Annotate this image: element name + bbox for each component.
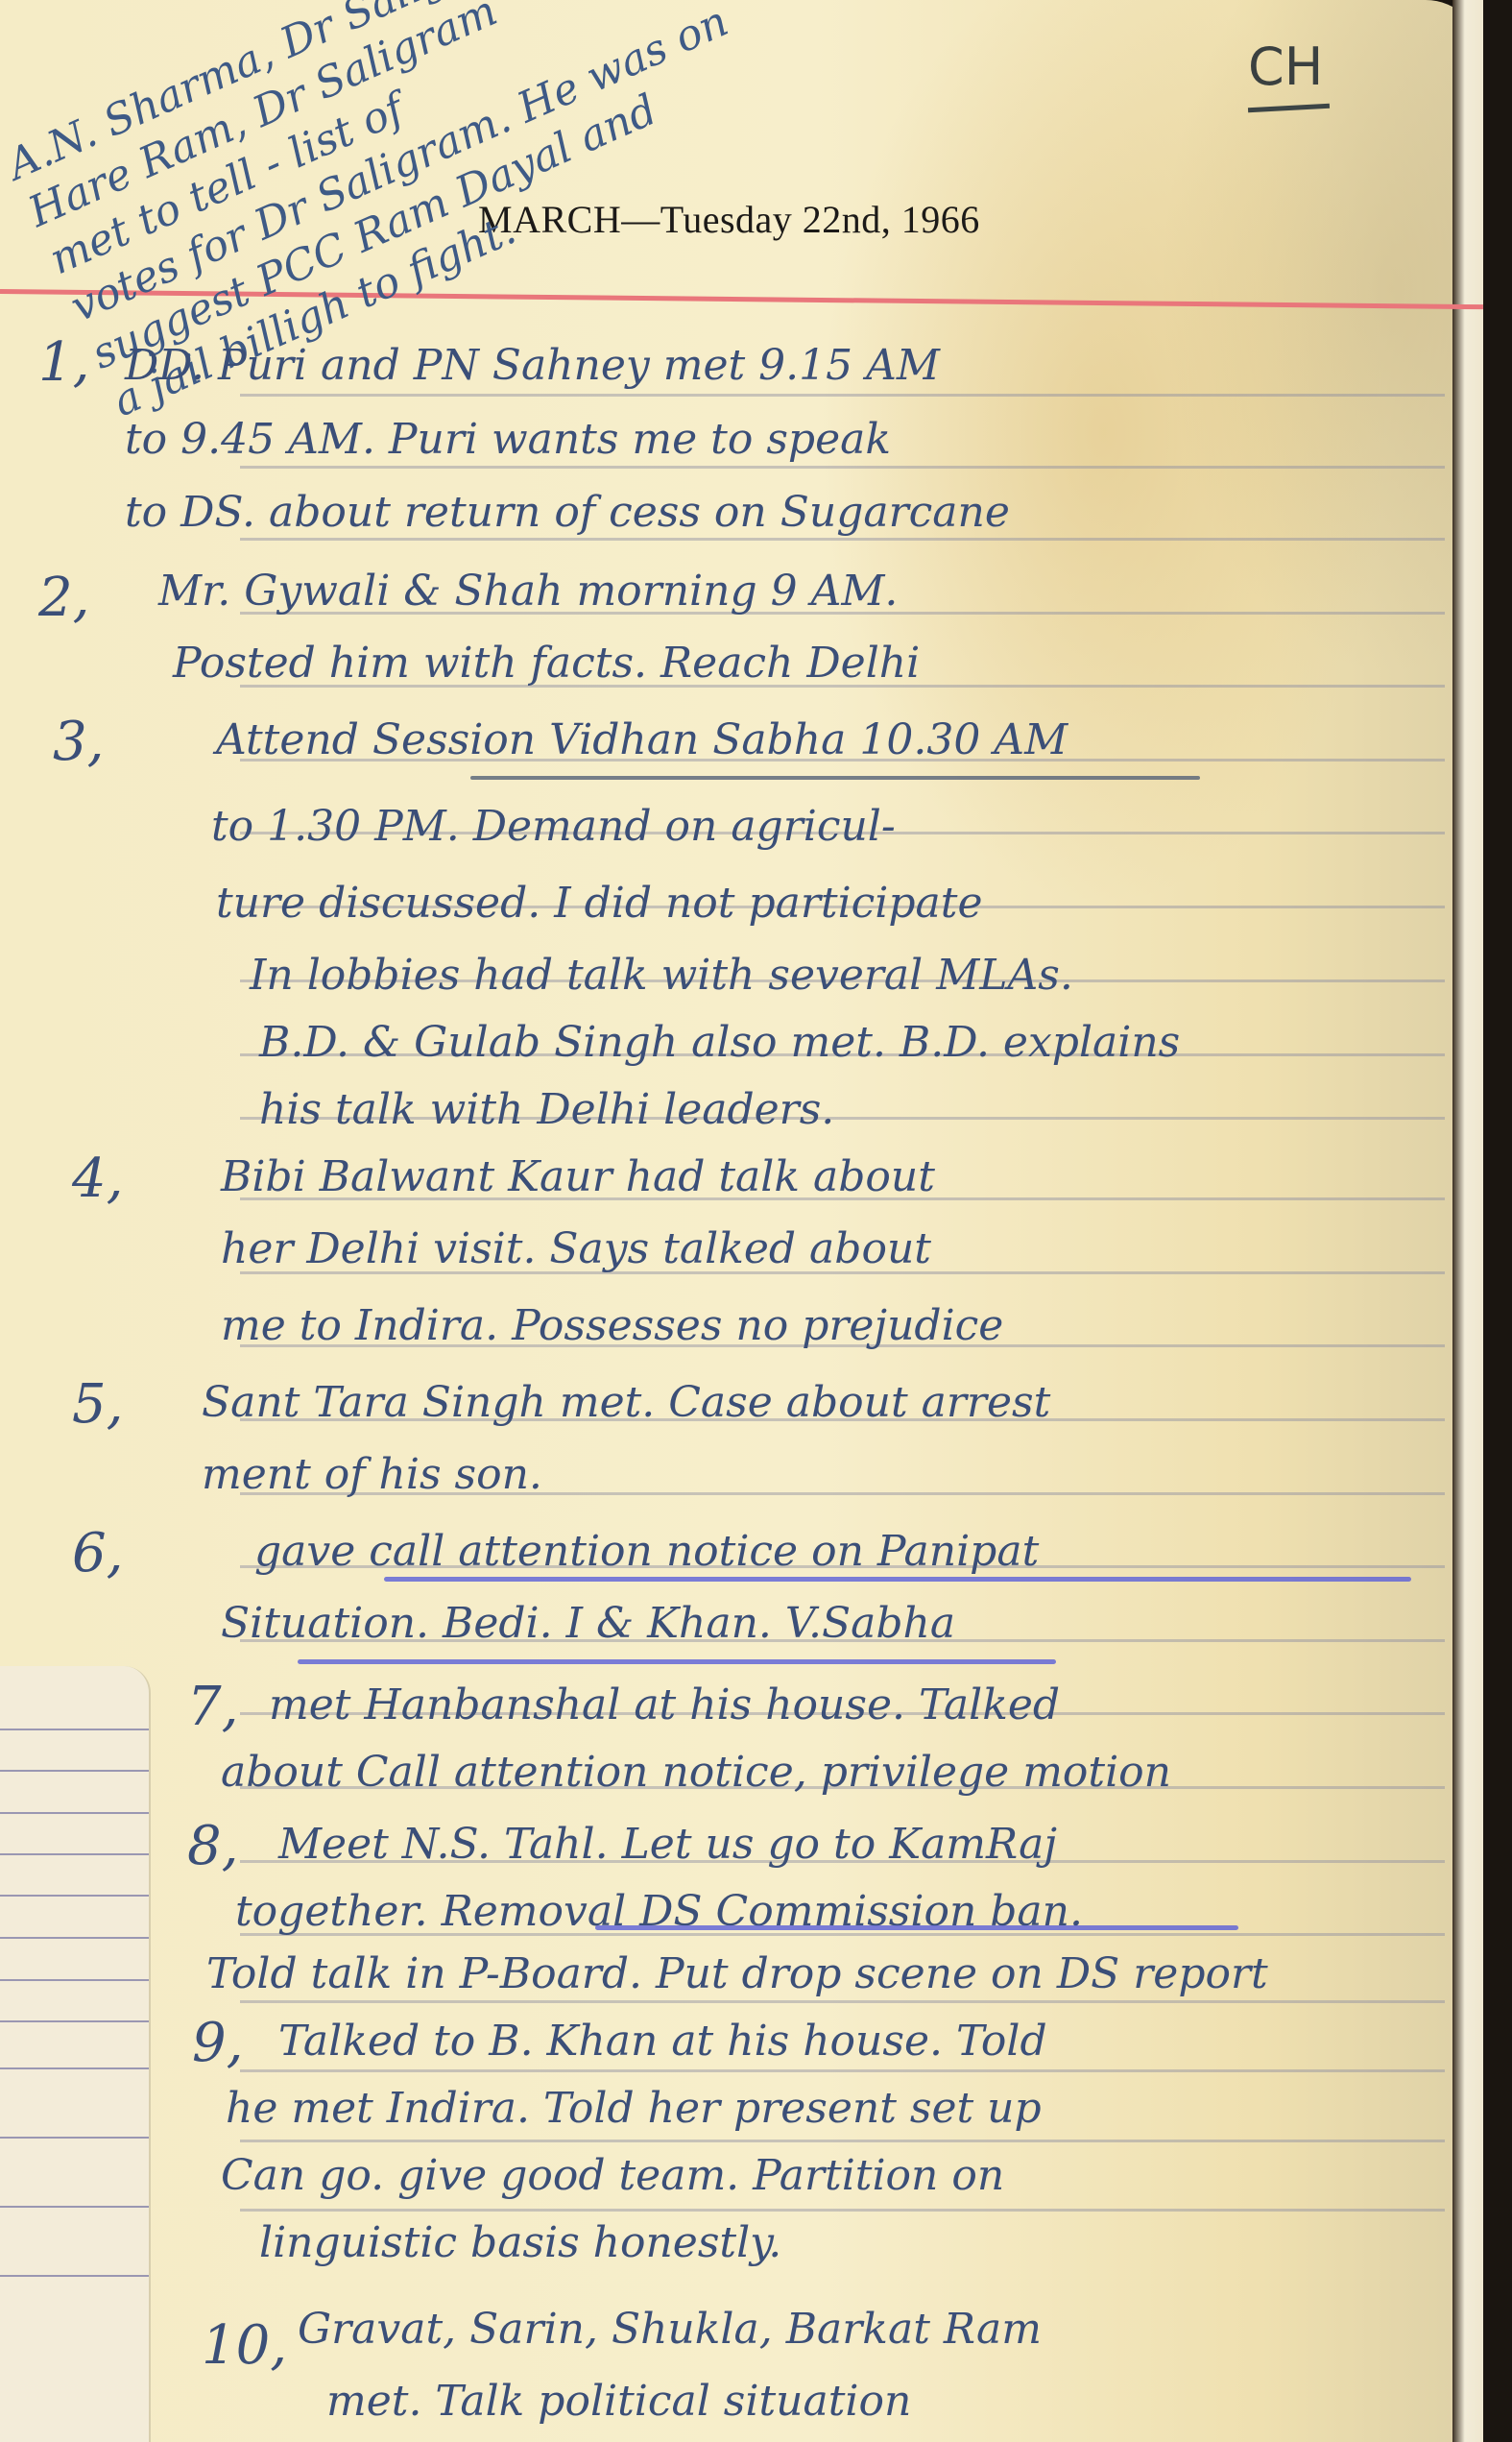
entry-line: Mr. Gywali & Shah morning 9 AM. xyxy=(158,567,898,616)
entry-number: 3, xyxy=(53,711,104,773)
entry-number: 2, xyxy=(38,567,89,629)
inset-card xyxy=(0,1666,151,2442)
entry-line: In lobbies had talk with several MLAs. xyxy=(250,951,1073,1000)
entry-line: B.D. & Gulab Singh also met. B.D. explai… xyxy=(259,1018,1180,1067)
entry-line: me to Indira. Possesses no prejudice xyxy=(221,1301,1003,1350)
ruled-line xyxy=(240,466,1445,469)
entry-line: Posted him with facts. Reach Delhi xyxy=(173,639,920,688)
underline xyxy=(595,1925,1238,1930)
entry-number: 5, xyxy=(72,1373,123,1436)
entry-line: met Hanbanshal at his house. Talked xyxy=(269,1680,1060,1729)
card-line xyxy=(0,1895,149,1897)
entry-line: Gravat, Sarin, Shukla, Barkat Ram xyxy=(298,2305,1042,2354)
entry-line: linguistic basis honestly. xyxy=(259,2218,781,2267)
entry-line: gave call attention notice on Panipat xyxy=(254,1527,1039,1576)
entry-line: Told talk in P-Board. Put drop scene on … xyxy=(206,1949,1268,1998)
card-line xyxy=(0,2275,149,2277)
entry-line: to 9.45 AM. Puri wants me to speak xyxy=(125,415,891,464)
entry-line: he met Indira. Told her present set up xyxy=(226,2084,1042,2133)
entry-line: his talk with Delhi leaders. xyxy=(259,1085,834,1134)
entry-number: 8, xyxy=(187,1815,238,1877)
entry-number: 10, xyxy=(202,2314,287,2377)
card-line xyxy=(0,1812,149,1814)
card-line xyxy=(0,2137,149,2139)
ruled-line xyxy=(240,2140,1445,2142)
entry-line: Can go. give good team. Partition on xyxy=(221,2151,1004,2200)
page-edge xyxy=(1452,0,1483,2442)
entry-line: to DS. about return of cess on Sugarcane xyxy=(125,488,1010,537)
entry-line: ment of his son. xyxy=(202,1450,542,1499)
entry-line: Situation. Bedi. I & Khan. V.Sabha xyxy=(221,1599,955,1648)
card-line xyxy=(0,1979,149,1981)
diary-page: MARCH—Tuesday 22nd, 1966 CH A.N. Sharma,… xyxy=(0,0,1483,2442)
entry-line: Talked to B. Khan at his house. Told xyxy=(278,2017,1047,2066)
entry-line: Attend Session Vidhan Sabha 10.30 AM xyxy=(216,715,1068,764)
card-line xyxy=(0,1770,149,1772)
ruled-line xyxy=(240,2000,1445,2003)
entry-line: met. Talk political situation xyxy=(326,2377,911,2426)
ruled-line xyxy=(240,394,1445,397)
card-line xyxy=(0,1729,149,1730)
ruled-line xyxy=(240,2209,1445,2212)
entry-line: her Delhi visit. Says talked about xyxy=(221,1224,931,1273)
entry-number: 6, xyxy=(72,1522,123,1584)
underline xyxy=(470,776,1200,780)
card-line xyxy=(0,2020,149,2022)
entry-number: 7, xyxy=(187,1676,238,1738)
entry-line: to 1.30 PM. Demand on agricul- xyxy=(211,802,896,851)
card-line xyxy=(0,2067,149,2069)
entry-line: about Call attention notice, privilege m… xyxy=(221,1748,1171,1797)
corner-mark-underline xyxy=(1248,104,1330,112)
underline xyxy=(298,1659,1056,1664)
entry-line: DD. Puri and PN Sahney met 9.15 AM xyxy=(125,341,940,390)
entry-number: 9, xyxy=(192,2012,243,2074)
entry-line: Sant Tara Singh met. Case about arrest xyxy=(202,1378,1050,1427)
entry-number: 4, xyxy=(72,1148,123,1210)
card-line xyxy=(0,1853,149,1855)
entry-number: 1, xyxy=(38,331,89,394)
entry-line: Meet N.S. Tahl. Let us go to KamRaj xyxy=(278,1820,1057,1869)
entry-line: Bibi Balwant Kaur had talk about xyxy=(221,1152,935,1201)
ruled-line xyxy=(240,538,1445,541)
underline xyxy=(384,1577,1411,1582)
entry-line: ture discussed. I did not participate xyxy=(216,879,983,928)
card-line xyxy=(0,1937,149,1939)
ruled-line xyxy=(240,2069,1445,2072)
corner-mark: CH xyxy=(1248,36,1323,97)
card-line xyxy=(0,2206,149,2208)
